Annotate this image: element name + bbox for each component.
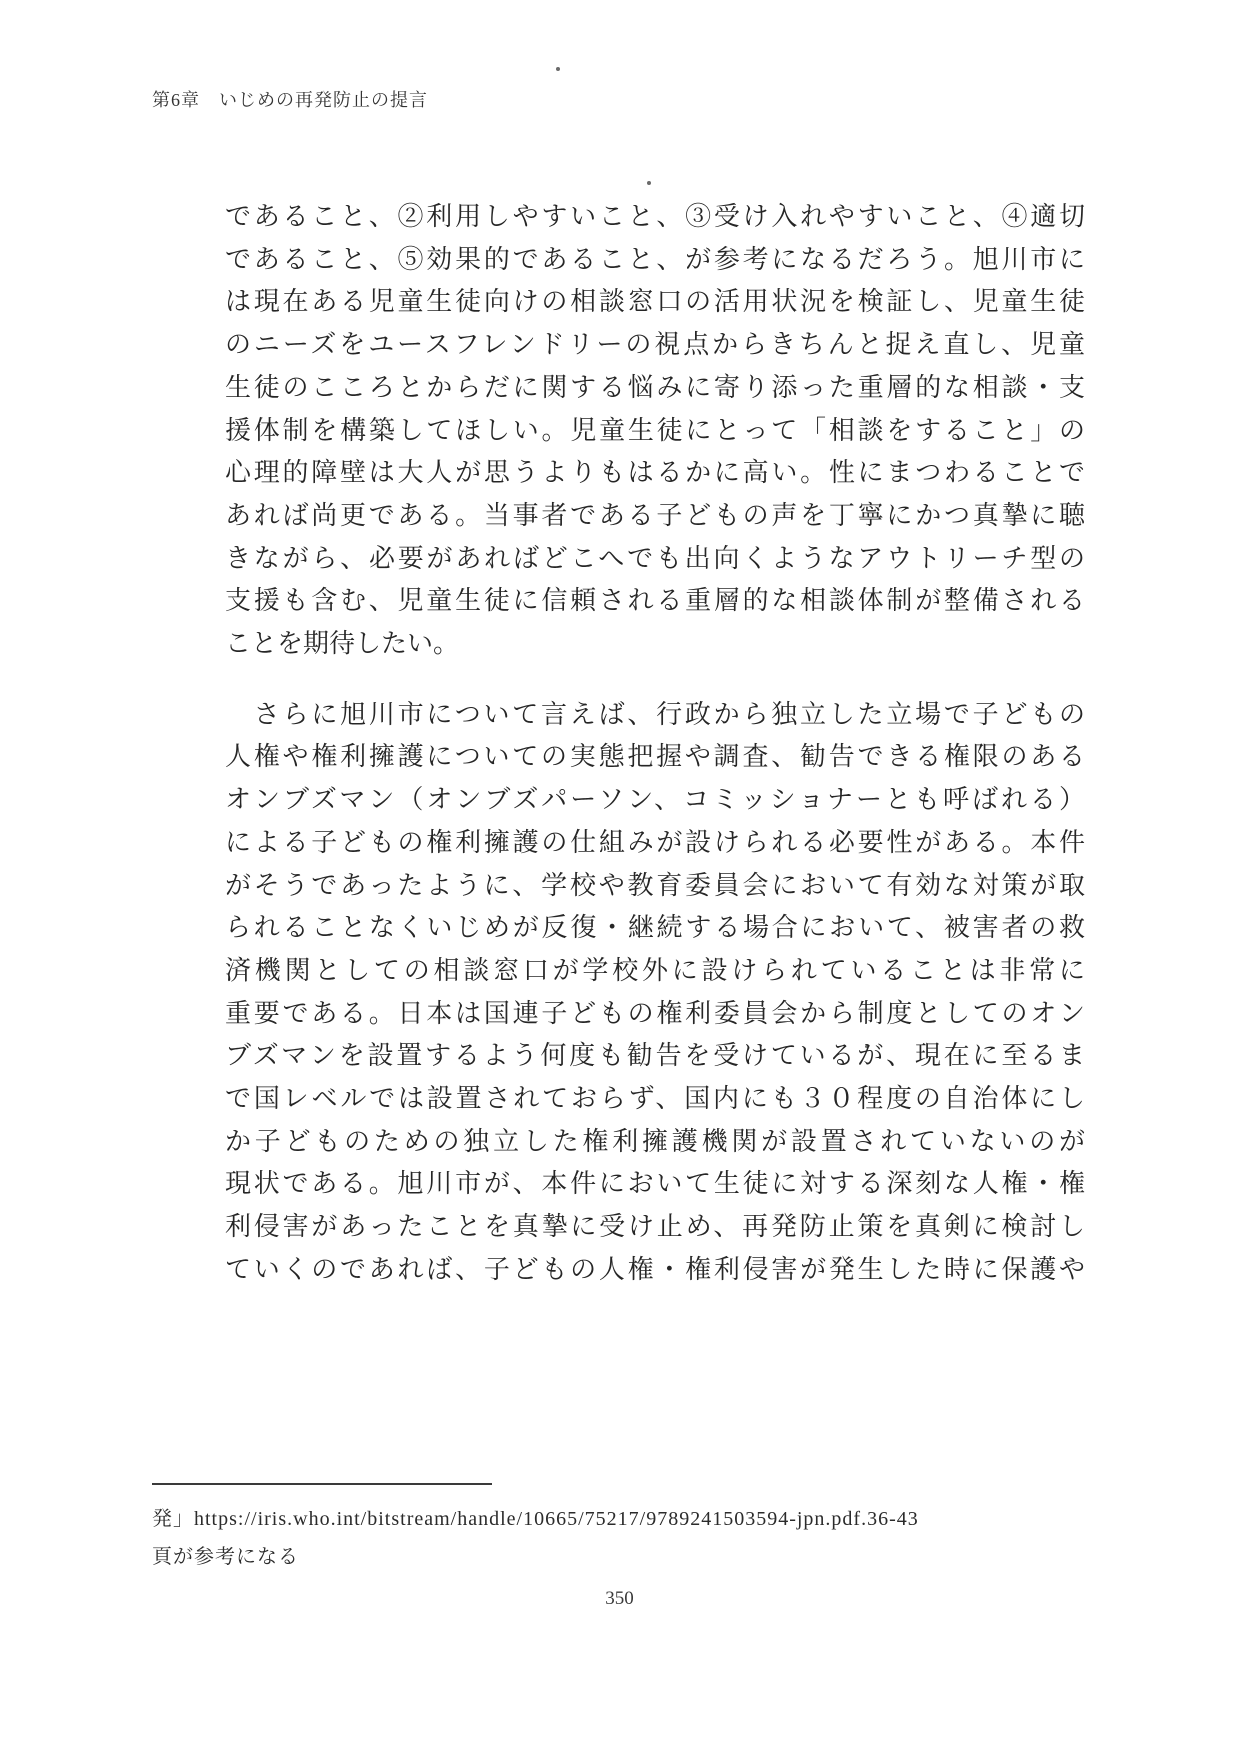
text-line: 人権や権利擁護についての実態把握や調査、勧告できる権限のある: [225, 736, 1085, 779]
chapter-header: 第6章 いじめの再発防止の提言: [152, 86, 428, 112]
text-line: で国レベルでは設置されておらず、国内にも３０程度の自治体にし: [225, 1078, 1085, 1121]
text-line: 頁が参考になる: [152, 1538, 1112, 1576]
text-line: オンブズマン（オンブズパーソン、コミッショナーとも呼ばれる）: [225, 779, 1085, 822]
text-line: あれば尚更である。当事者である子どもの声を丁寧にかつ真摯に聴: [225, 495, 1085, 538]
text-line: ブズマンを設置するよう何度も勧告を受けているが、現在に至るま: [225, 1035, 1085, 1078]
footnote-separator: [152, 1483, 492, 1485]
text-line: のニーズをユースフレンドリーの視点からきちんと捉え直し、児童: [225, 324, 1085, 367]
page-number: 350: [0, 1588, 1239, 1610]
text-line: 重要である。日本は国連子どもの権利委員会から制度としてのオン: [225, 993, 1085, 1036]
text-line: ことを期待したい。: [225, 623, 1085, 666]
text-line: さらに旭川市について言えば、行政から独立した立場で子どもの: [225, 694, 1085, 737]
text-line: 心理的障壁は大人が思うよりもはるかに高い。性にまつわることで: [225, 452, 1085, 495]
text-line: 利侵害があったことを真摯に受け止め、再発防止策を真剣に検討し: [225, 1206, 1085, 1249]
text-line: による子どもの権利擁護の仕組みが設けられる必要性がある。本件: [225, 822, 1085, 865]
text-line: か子どものための独立した権利擁護機関が設置されていないのが: [225, 1121, 1085, 1164]
text-line: 生徒のこころとからだに関する悩みに寄り添った重層的な相談・支: [225, 367, 1085, 410]
text-line: であること、⑤効果的であること、が参考になるだろう。旭川市に: [225, 239, 1085, 282]
footnote: 発」https://iris.who.int/bitstream/handle/…: [152, 1500, 1112, 1576]
text-line: がそうであったように、学校や教育委員会において有効な対策が取: [225, 865, 1085, 908]
text-line: 現状である。旭川市が、本件において生徒に対する深刻な人権・権: [225, 1163, 1085, 1206]
text-line: は現在ある児童生徒向けの相談窓口の活用状況を検証し、児童生徒: [225, 281, 1085, 324]
text-line: 支援も含む、児童生徒に信頼される重層的な相談体制が整備される: [225, 580, 1085, 623]
document-page: 第6章 いじめの再発防止の提言 であること、②利用しやすいこと、③受け入れやすい…: [0, 0, 1239, 1754]
text-line: られることなくいじめが反復・継続する場合において、被害者の救: [225, 907, 1085, 950]
text-line: ていくのであれば、子どもの人権・権利侵害が発生した時に保護や: [225, 1249, 1085, 1292]
text-line: 発」https://iris.who.int/bitstream/handle/…: [152, 1500, 1112, 1538]
text-line: 援体制を構築してほしい。児童生徒にとって「相談をすること」の: [225, 410, 1085, 453]
text-line: であること、②利用しやすいこと、③受け入れやすいこと、④適切: [225, 196, 1085, 239]
text-line: 済機関としての相談窓口が学校外に設けられていることは非常に: [225, 950, 1085, 993]
text-line: きながら、必要があればどこへでも出向くようなアウトリーチ型の: [225, 538, 1085, 581]
paragraph-2: さらに旭川市について言えば、行政から独立した立場で子どもの人権や権利擁護について…: [225, 694, 1085, 1292]
paragraph-1: であること、②利用しやすいこと、③受け入れやすいこと、④適切であること、⑤効果的…: [225, 196, 1085, 666]
scan-artifact-dot: [556, 67, 560, 71]
scan-artifact-dot: [647, 181, 651, 185]
body-text: であること、②利用しやすいこと、③受け入れやすいこと、④適切であること、⑤効果的…: [225, 196, 1085, 1292]
